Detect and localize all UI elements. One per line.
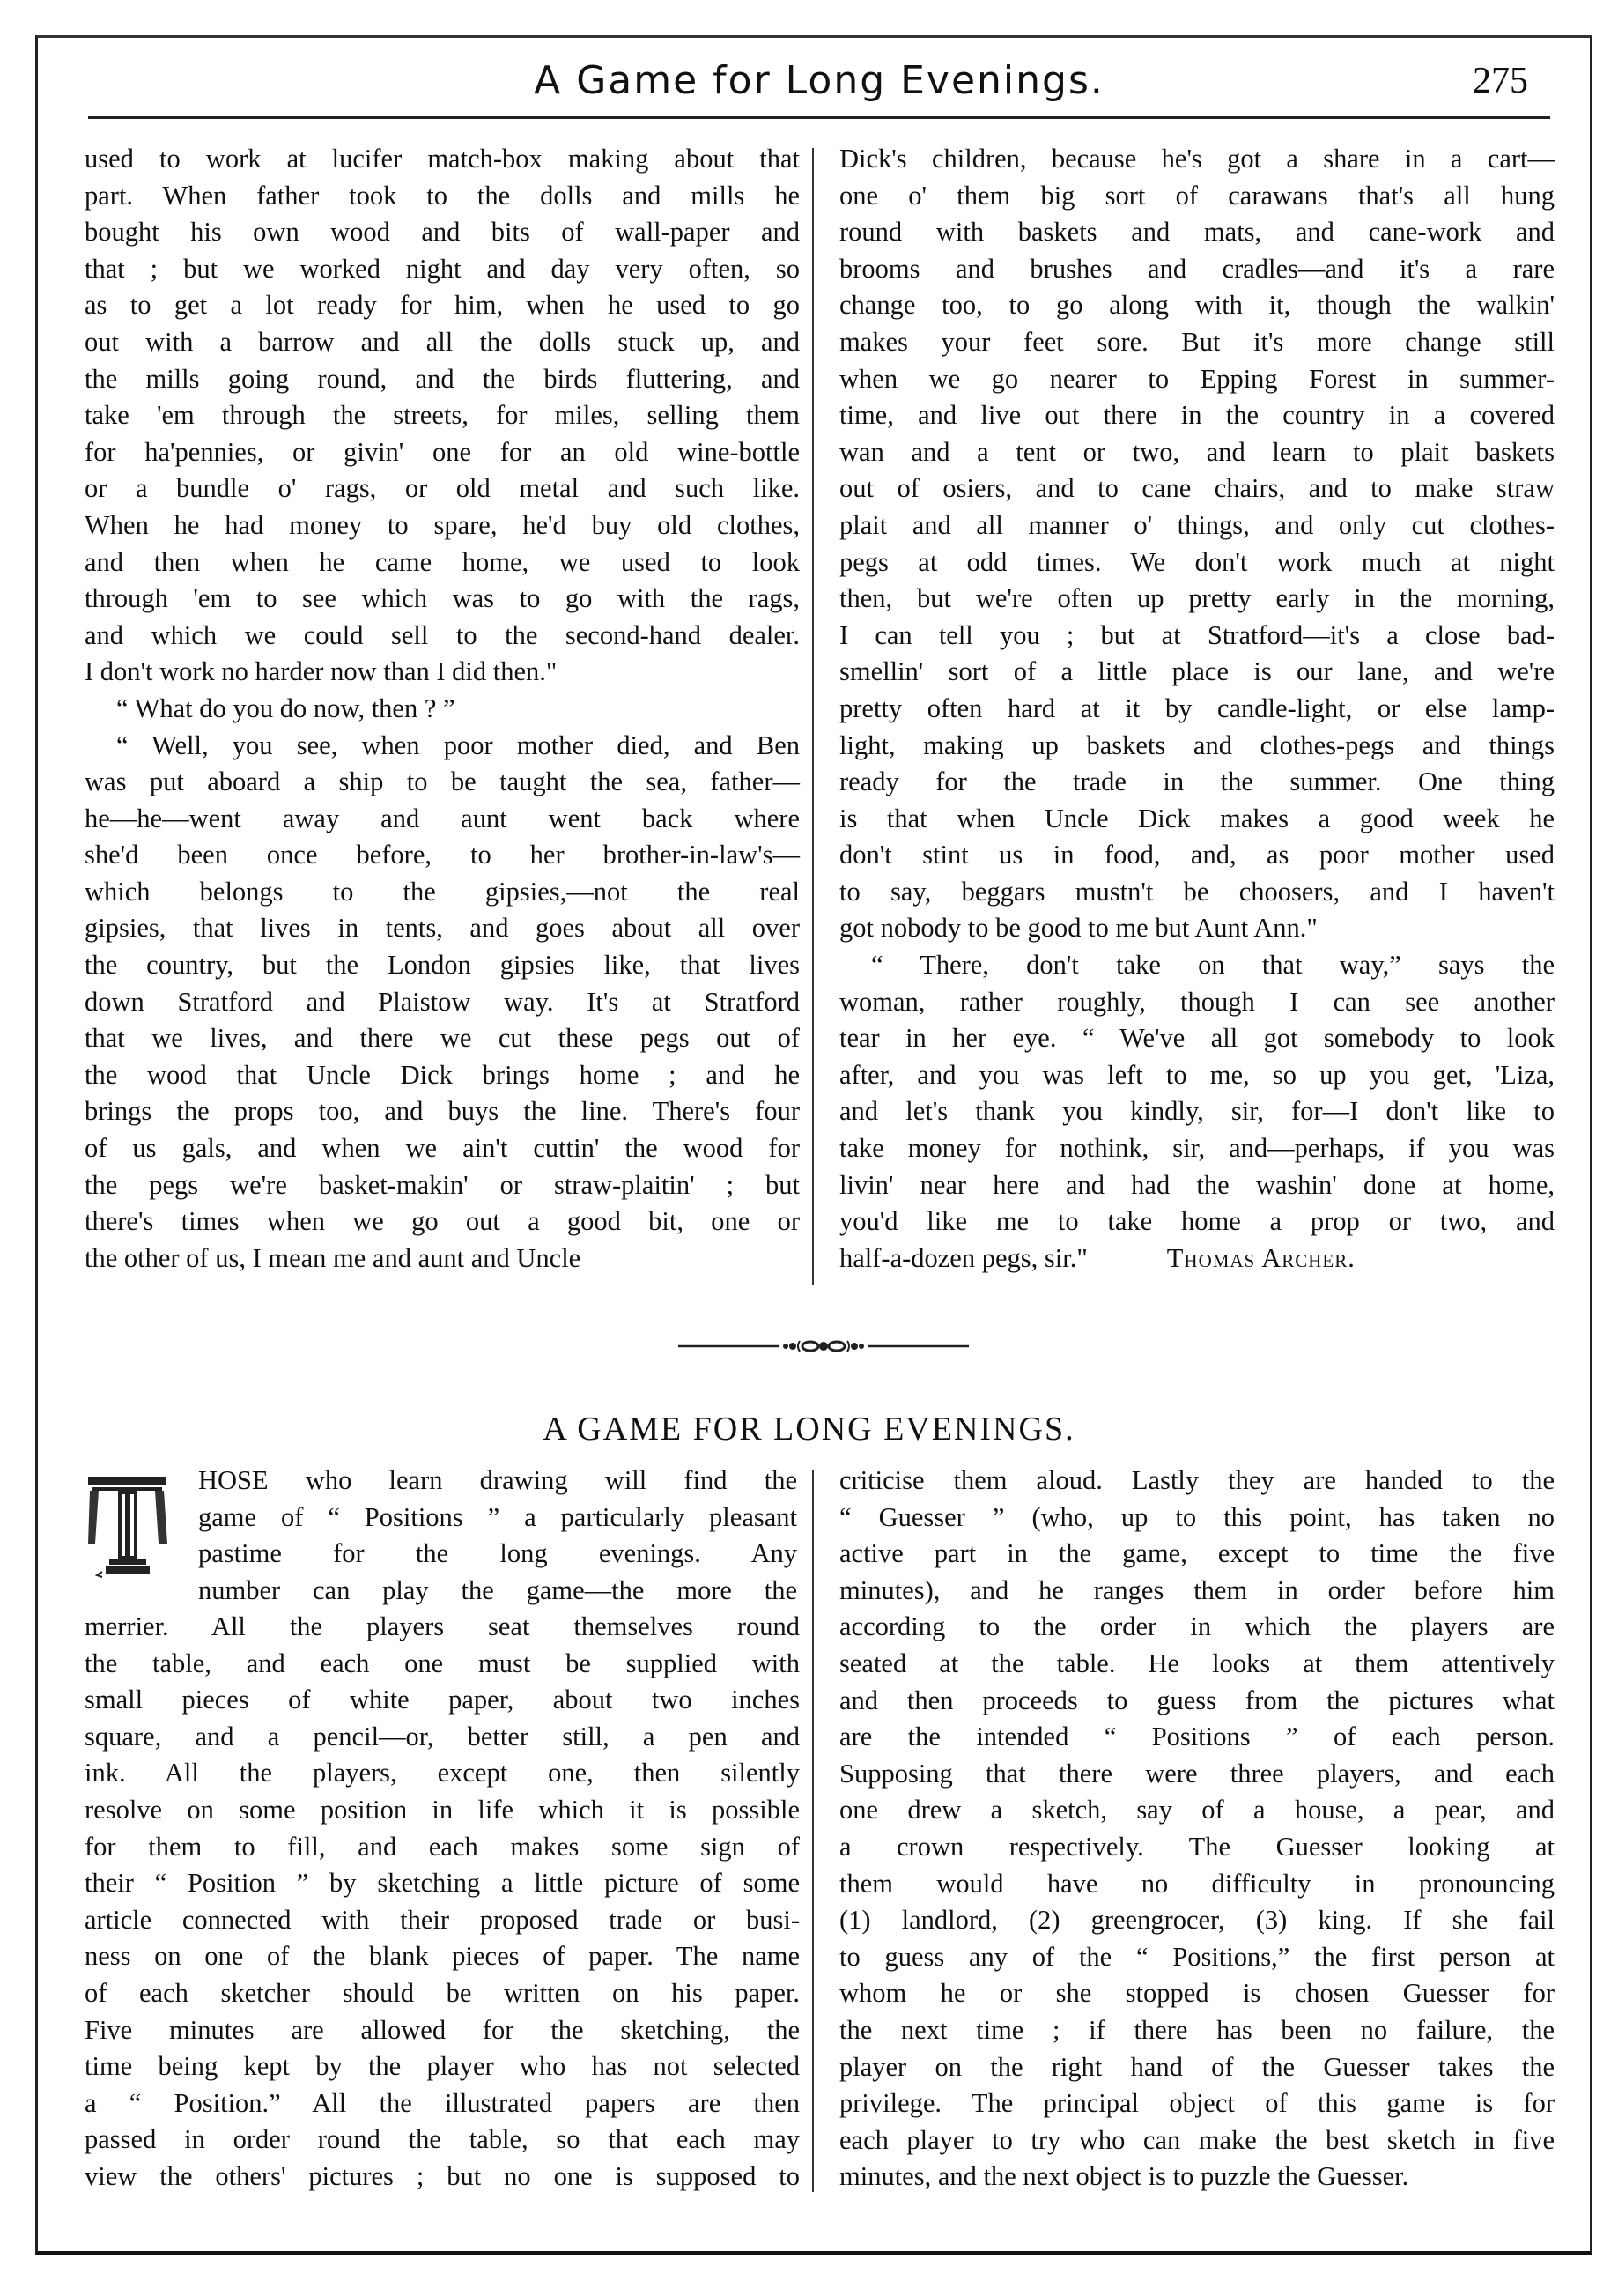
text-line: the pegs we're basket-makin' or straw-pl… <box>85 1167 800 1204</box>
text-line: after, and you was left to me, so up you… <box>839 1057 1555 1094</box>
text-line: you'd like me to take home a prop or two… <box>839 1204 1555 1241</box>
text-line: (1) landlord, (2) greengrocer, (3) king.… <box>839 1902 1555 1939</box>
text-line: half-a-dozen pegs, sir."Thomas Archer. <box>839 1241 1555 1278</box>
text-line: plait and all manner o' things, and only… <box>839 507 1555 544</box>
text-line: brings the props too, and buys the line.… <box>85 1093 800 1130</box>
text-line: for them to fill, and each makes some si… <box>85 1829 800 1866</box>
text-line: to guess any of the “ Positions,” the fi… <box>839 1939 1555 1976</box>
text-line: and then when he came home, we used to l… <box>85 544 800 581</box>
text-line: don't stint us in food, and, as poor mot… <box>839 837 1555 874</box>
text-line: take money for nothink, sir, and—perhaps… <box>839 1130 1555 1167</box>
text-line: there's times when we go out a good bit,… <box>85 1204 800 1241</box>
text-line: and let's thank you kindly, sir, for—I d… <box>839 1093 1555 1130</box>
text-line: ink. All the players, except one, then s… <box>85 1755 800 1792</box>
text-line: bought his own wood and bits of wall-pap… <box>85 214 800 251</box>
text-line: the other of us, I mean me and aunt and … <box>85 1241 800 1278</box>
text-line: pretty often hard at it by candle-light,… <box>839 691 1555 728</box>
text-line: ready for the trade in the summer. One t… <box>839 764 1555 801</box>
text-line: criticise them aloud. Lastly they are ha… <box>839 1463 1555 1500</box>
text-line: round with baskets and mats, and cane-wo… <box>839 214 1555 251</box>
text-line: merrier. All the players seat themselves… <box>85 1609 800 1646</box>
text-line: that ; but we worked night and day very … <box>85 251 800 288</box>
running-header: A Game for Long Evenings. 275 <box>88 58 1550 111</box>
text-line: minutes, and the next object is to puzzl… <box>839 2159 1555 2196</box>
text-line: whom he or she stopped is chosen Guesser… <box>839 1975 1555 2012</box>
text-line: smellin' sort of a little place is our l… <box>839 654 1555 691</box>
text-line: and then proceeds to guess from the pict… <box>839 1683 1555 1720</box>
text-line: each player to try who can make the best… <box>839 2122 1555 2159</box>
text-line: article connected with their proposed tr… <box>85 1902 800 1939</box>
text-line: player on the right hand of the Guesser … <box>839 2049 1555 2086</box>
text-line: one o' them big sort of carawans that's … <box>839 178 1555 215</box>
text-line: When he had money to spare, he'd buy old… <box>85 507 800 544</box>
text-line: HOSE who learn drawing will find the <box>198 1463 797 1500</box>
text-line: to say, beggars mustn't be choosers, and… <box>839 874 1555 911</box>
text-line: privilege. The principal object of this … <box>839 2085 1555 2122</box>
article-left-column: merrier. All the players seat themselves… <box>85 1609 800 2196</box>
text-line: got nobody to be good to me but Aunt Ann… <box>839 910 1555 947</box>
author-signature: Thomas Archer. <box>1167 1243 1356 1273</box>
text-line: gipsies, that lives in tents, and goes a… <box>85 910 800 947</box>
column-divider <box>812 148 814 1285</box>
article-title: A GAME FOR LONG EVENINGS. <box>0 1410 1618 1448</box>
text-line: or a bundle o' rags, or old metal and su… <box>85 470 800 507</box>
text-line: “ What do you do now, then ? ” <box>85 691 800 728</box>
text-line: light, making up baskets and clothes-peg… <box>839 728 1555 765</box>
text-line: pegs at odd times. We don't work much at… <box>839 544 1555 581</box>
text-line: for ha'pennies, or givin' one for an old… <box>85 434 800 471</box>
text-line: I can tell you ; but at Stratford—it's a… <box>839 618 1555 655</box>
text-line: are the intended “ Positions ” of each p… <box>839 1719 1555 1756</box>
text-line: “ There, don't take on that way,” says t… <box>839 947 1555 984</box>
text-line: resolve on some position in life which i… <box>85 1792 800 1829</box>
text-line: change too, to go along with it, though … <box>839 287 1555 324</box>
text-line: and which we could sell to the second-ha… <box>85 618 800 655</box>
text-line: their “ Position ” by sketching a little… <box>85 1865 800 1902</box>
text-line: as to get a lot ready for him, when he u… <box>85 287 800 324</box>
text-line: the next time ; if there has been no fai… <box>839 2012 1555 2049</box>
text-line: the wood that Uncle Dick brings home ; a… <box>85 1057 800 1094</box>
section-divider-ornament <box>678 1337 969 1355</box>
text-line: which belongs to the gipsies,—not the re… <box>85 874 800 911</box>
page-number: 275 <box>1473 60 1528 102</box>
text-line: that we lives, and there we cut these pe… <box>85 1020 800 1057</box>
text-line: the table, and each one must be supplied… <box>85 1646 800 1683</box>
text-line: number can play the game—the more the <box>198 1573 797 1610</box>
text-line: “ Well, you see, when poor mother died, … <box>85 728 800 765</box>
text-line: take 'em through the streets, for miles,… <box>85 397 800 434</box>
text-line: is that when Uncle Dick makes a good wee… <box>839 801 1555 838</box>
text-line: he—he—went away and aunt went back where <box>85 801 800 838</box>
text-line: time, and live out there in the country … <box>839 397 1555 434</box>
text-line: out with a barrow and all the dolls stuc… <box>85 324 800 361</box>
text-line: through 'em to see which was to go with … <box>85 581 800 618</box>
text-line: out of osiers, and to cane chairs, and t… <box>839 470 1555 507</box>
text-line: Five minutes are allowed for the sketchi… <box>85 2012 800 2049</box>
text-line: view the others' pictures ; but no one i… <box>85 2159 800 2196</box>
text-line: down Stratford and Plaistow way. It's at… <box>85 984 800 1021</box>
text-line: was put aboard a ship to be taught the s… <box>85 764 800 801</box>
text-line: ness on one of the blank pieces of paper… <box>85 1938 800 1975</box>
text-line: seated at the table. He looks at them at… <box>839 1646 1555 1683</box>
text-line: Supposing that there were three players,… <box>839 1756 1555 1793</box>
text-line: makes your feet sore. But it's more chan… <box>839 324 1555 361</box>
text-line: Dick's children, because he's got a shar… <box>839 141 1555 178</box>
article-right-column: criticise them aloud. Lastly they are ha… <box>839 1463 1555 2196</box>
text-line: part. When father took to the dolls and … <box>85 178 800 215</box>
decorative-drop-cap-t <box>86 1473 170 1579</box>
text-line: one drew a sketch, say of a house, a pea… <box>839 1792 1555 1829</box>
text-line: of us gals, and when we ain't cuttin' th… <box>85 1130 800 1167</box>
text-line: of each sketcher should be written on hi… <box>85 1975 800 2012</box>
text-line: a crown respectively. The Guesser lookin… <box>839 1829 1555 1866</box>
text-line: time being kept by the player who has no… <box>85 2048 800 2085</box>
text-line: tear in her eye. “ We've all got somebod… <box>839 1020 1555 1057</box>
text-line: she'd been once before, to her brother-i… <box>85 837 800 874</box>
header-rule <box>88 116 1550 119</box>
text-line: used to work at lucifer match-box making… <box>85 141 800 178</box>
text-line: them would have no difficulty in pronoun… <box>839 1866 1555 1903</box>
text-line: pastime for the long evenings. Any <box>198 1536 797 1573</box>
text-line: when we go nearer to Epping Forest in su… <box>839 361 1555 398</box>
text-line: passed in order round the table, so that… <box>85 2122 800 2159</box>
text-line: the country, but the London gipsies like… <box>85 947 800 984</box>
text-line: a “ Position.” All the illustrated paper… <box>85 2085 800 2122</box>
article-opening-lines: HOSE who learn drawing will find thegame… <box>198 1463 797 1609</box>
text-line: woman, rather roughly, though I can see … <box>839 984 1555 1021</box>
text-line: “ Guesser ” (who, up to this point, has … <box>839 1500 1555 1537</box>
text-line: minutes), and he ranges them in order be… <box>839 1573 1555 1610</box>
column-divider <box>812 1470 814 2192</box>
text-line: active part in the game, except to time … <box>839 1536 1555 1573</box>
text-line: square, and a pencil—or, better still, a… <box>85 1719 800 1756</box>
text-line: brooms and brushes and cradles—and it's … <box>839 251 1555 288</box>
text-line: then, but we're often up pretty early in… <box>839 581 1555 618</box>
text-line: livin' near here and had the washin' don… <box>839 1167 1555 1204</box>
text-line: according to the order in which the play… <box>839 1609 1555 1646</box>
text-line: wan and a tent or two, and learn to plai… <box>839 434 1555 471</box>
text-line: I don't work no harder now than I did th… <box>85 654 800 691</box>
previous-article-left-column: used to work at lucifer match-box making… <box>85 141 800 1277</box>
previous-article-right-column: Dick's children, because he's got a shar… <box>839 141 1555 1277</box>
text-line: game of “ Positions ” a particularly ple… <box>198 1500 797 1537</box>
running-title: A Game for Long Evenings. <box>88 58 1550 103</box>
text-line: the mills going round, and the birds flu… <box>85 361 800 398</box>
text-line: small pieces of white paper, about two i… <box>85 1682 800 1719</box>
